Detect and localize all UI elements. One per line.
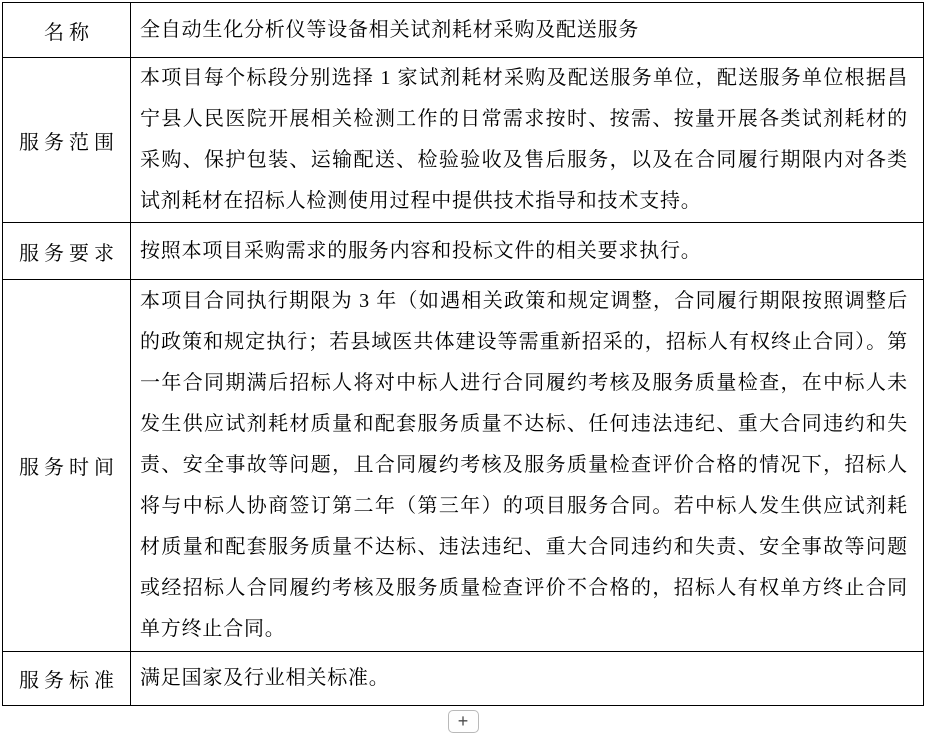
row-content-service-scope: 本项目每个标段分别选择 1 家试剂耗材采购及配送服务单位，配送服务单位根据昌宁县… [131, 58, 924, 223]
table-footer: + [2, 710, 924, 733]
table-row-service-scope: 服务范围 本项目每个标段分别选择 1 家试剂耗材采购及配送服务单位，配送服务单位… [3, 58, 924, 223]
row-content-service-requirements: 按照本项目采购需求的服务内容和投标文件的相关要求执行。 [131, 223, 924, 280]
service-info-table: 名称 全自动生化分析仪等设备相关试剂耗材采购及配送服务 服务范围 本项目每个标段… [2, 2, 924, 706]
table-row-service-standard: 服务标准 满足国家及行业相关标准。 [3, 652, 924, 706]
table-row-service-period: 服务时间 本项目合同执行期限为 3 年（如遇相关政策和规定调整，合同履行期限按照… [3, 280, 924, 652]
row-label-service-requirements: 服务要求 [3, 223, 131, 280]
row-label-service-period: 服务时间 [3, 280, 131, 652]
expand-button[interactable]: + [448, 710, 479, 733]
row-label-service-standard: 服务标准 [3, 652, 131, 706]
table-row-service-requirements: 服务要求 按照本项目采购需求的服务内容和投标文件的相关要求执行。 [3, 223, 924, 280]
table-row-name: 名称 全自动生化分析仪等设备相关试剂耗材采购及配送服务 [3, 3, 924, 58]
row-content-service-standard: 满足国家及行业相关标准。 [131, 652, 924, 706]
row-label-name: 名称 [3, 3, 131, 58]
row-label-service-scope: 服务范围 [3, 58, 131, 223]
row-content-service-period: 本项目合同执行期限为 3 年（如遇相关政策和规定调整，合同履行期限按照调整后的政… [131, 280, 924, 652]
row-content-name: 全自动生化分析仪等设备相关试剂耗材采购及配送服务 [131, 3, 924, 58]
